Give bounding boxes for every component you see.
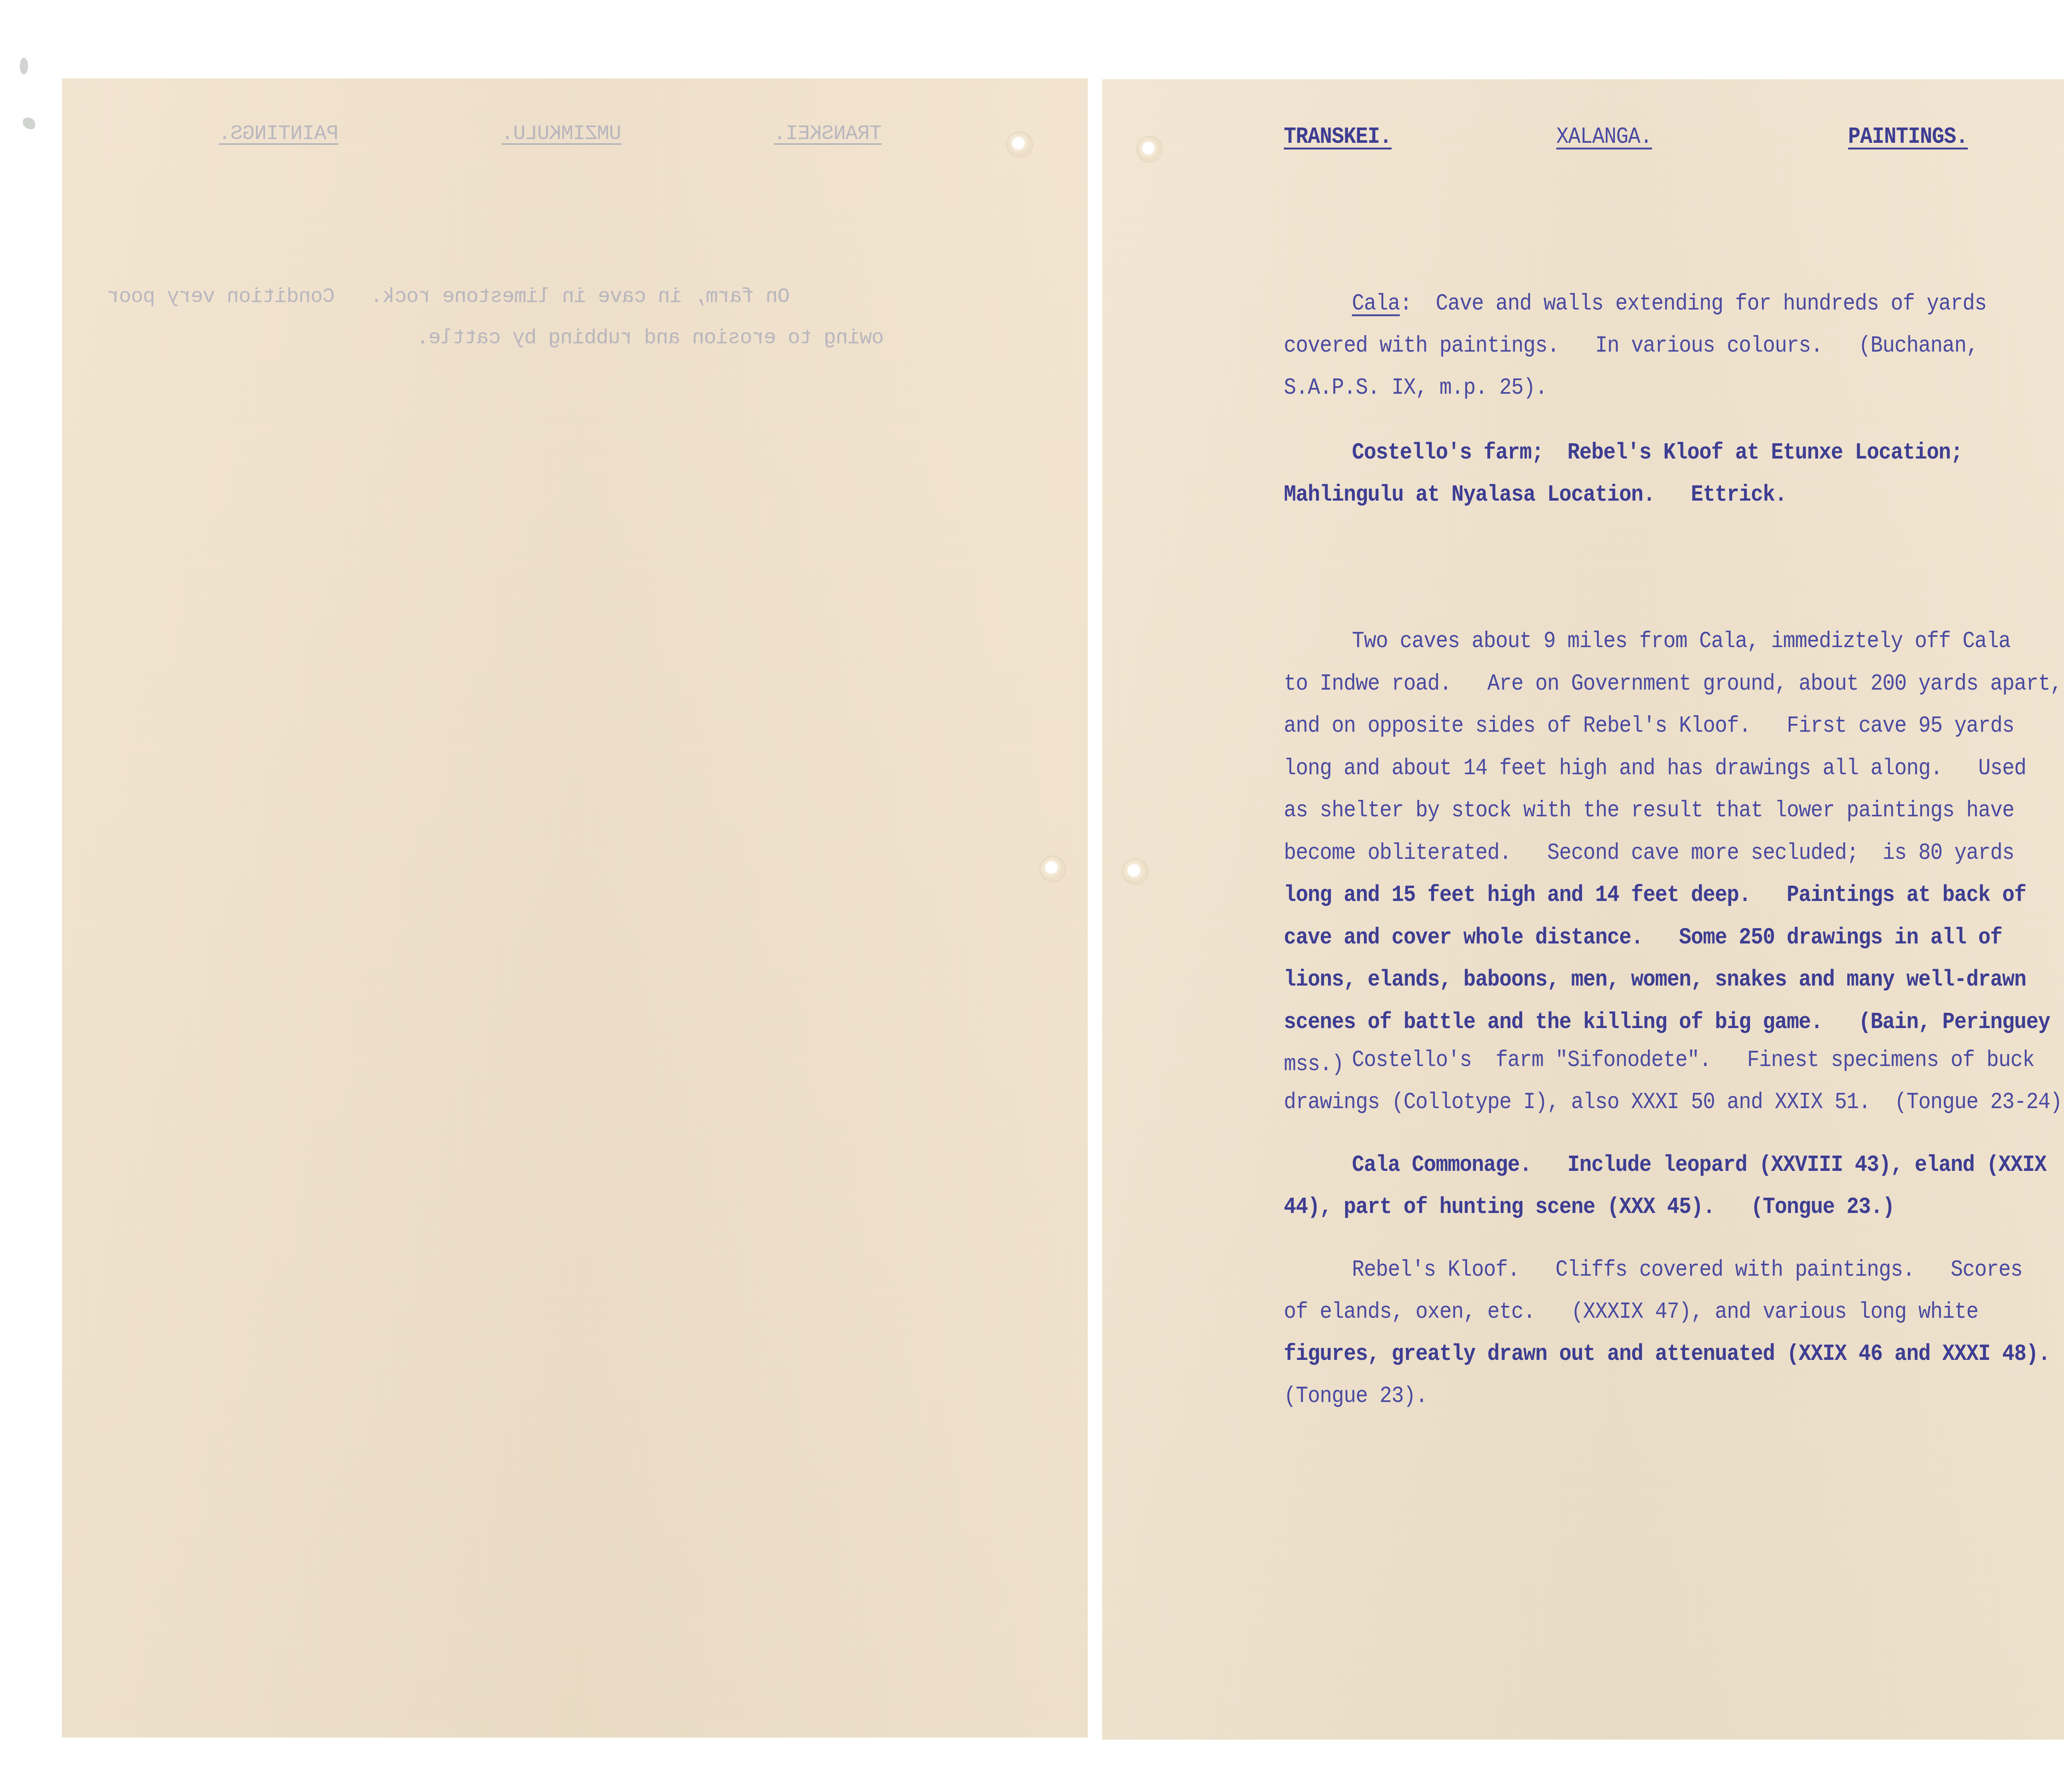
scan-artifact — [20, 58, 28, 74]
left-header: TRANSKEI. UMZIMKULU. PAINTINGS. — [62, 78, 1088, 161]
entry-line: S.A.P.S. IX, m.p. 25). — [1284, 377, 1547, 400]
entry-line: to Indwe road. Are on Government ground,… — [1284, 673, 2062, 696]
left-page: TRANSKEI. UMZIMKULU. PAINTINGS. On farm,… — [62, 78, 1088, 1738]
entry-line: become obliterated. Second cave more sec… — [1284, 842, 2014, 865]
header-region: TRANSKEI. — [1284, 126, 1392, 149]
header-district: XALANGA. — [1556, 126, 1652, 149]
entry-line: 44), part of hunting scene (XXX 45). (To… — [1284, 1196, 1894, 1219]
entry-line: lions, elands, baboons, men, women, snak… — [1284, 969, 2026, 992]
entry-line: drawings (Collotype I), also XXXI 50 and… — [1284, 1091, 2064, 1114]
entry-line: cave and cover whole distance. Some 250 … — [1284, 927, 2002, 950]
scan-artifact — [23, 118, 35, 129]
entry-line: Two caves about 9 miles from Cala, immed… — [1352, 630, 2010, 653]
entry-line: figures, greatly drawn out and attenuate… — [1284, 1343, 2050, 1366]
entry-line: Costello's farm; Rebel's Kloof at Etunxe… — [1352, 442, 1962, 465]
entry-line: of elands, oxen, etc. (XXXIX 47), and va… — [1284, 1301, 1978, 1324]
entry-line: long and about 14 feet high and has draw… — [1284, 757, 2026, 780]
header-region: TRANSKEI. — [774, 124, 882, 144]
entry-line-rest: : Cave and walls extending for hundreds … — [1400, 291, 1986, 317]
entry-line: Cala Commonage. Include leopard (XXVIII … — [1352, 1154, 2046, 1177]
header-district: UMZIMKULU. — [502, 124, 621, 144]
entry-line: Mahlingulu at Nyalasa Location. Ettrick. — [1284, 484, 1787, 507]
punch-hole — [1123, 859, 1148, 884]
header-category: PAINTINGS. — [1848, 126, 1968, 149]
entry-line: Costello's farm "Sifonodete". Finest spe… — [1352, 1049, 2034, 1072]
entry-line: Cala: Cave and walls extending for hundr… — [1352, 293, 1986, 316]
header-category: PAINTINGS. — [219, 124, 338, 144]
entry-line: covered with paintings. In various colou… — [1284, 335, 1978, 358]
right-page: TRANSKEI. XALANGA. PAINTINGS. Cala: Cave… — [1102, 79, 2064, 1740]
entry-line: mss.) — [1284, 1053, 1344, 1076]
left-line-1: On farm, in cave in limestone rock. Cond… — [107, 287, 790, 307]
entry-title: Cala — [1352, 291, 1400, 317]
left-line-2: owing to erosion and rubbing by cattle. — [417, 328, 884, 349]
entry-line: as shelter by stock with the result that… — [1284, 799, 2014, 823]
entry-line: (Tongue 23). — [1284, 1385, 1427, 1408]
punch-hole — [1137, 137, 1162, 162]
entry-line: Rebel's Kloof. Cliffs covered with paint… — [1352, 1259, 2022, 1282]
punch-hole — [1040, 856, 1065, 881]
entry-line: and on opposite sides of Rebel's Kloof. … — [1284, 715, 2014, 738]
entry-line: scenes of battle and the killing of big … — [1284, 1011, 2050, 1034]
entry-line: long and 15 feet high and 14 feet deep. … — [1284, 884, 2026, 907]
